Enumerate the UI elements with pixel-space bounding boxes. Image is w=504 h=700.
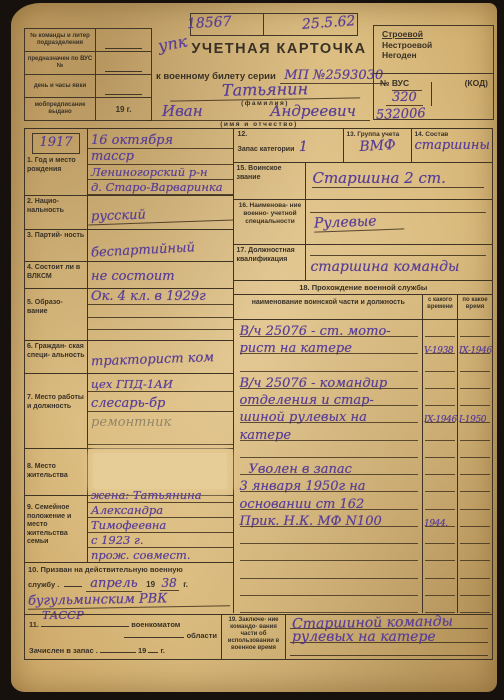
registry-stamp-box: 18567 25.5.62 bbox=[190, 13, 358, 36]
birth-year-value: 1917 bbox=[32, 133, 80, 154]
service-col-unit: наименование воинской части и должность bbox=[234, 295, 423, 319]
mob-row-time-blank bbox=[96, 75, 151, 97]
civil-specialty-label: 6. Граждан- ская специ- альность bbox=[25, 341, 88, 373]
birth-label: 1. Год и место рождения bbox=[27, 157, 85, 174]
oblast-label: области bbox=[187, 631, 217, 640]
composition-value: старшины bbox=[414, 138, 490, 153]
kod-label: (КОД) bbox=[465, 78, 488, 88]
rank-value-cell: Старшина 2 ст. bbox=[306, 163, 492, 199]
row-workplace: 7. Место работы и должность цех ГПД-1АИ … bbox=[25, 374, 233, 449]
row-qualification: 17. Должностная квалификация старшина ко… bbox=[234, 245, 492, 281]
enlisted-line2: области bbox=[29, 629, 217, 640]
row-party: 3. Партий- ность беспартийный bbox=[25, 230, 233, 262]
service-col-to: по какое время bbox=[458, 295, 492, 319]
enlisted-year-prefix: 19 bbox=[138, 646, 146, 655]
main-form-table: 1917 1. Год и место рождения 16 октября … bbox=[24, 128, 493, 660]
row-rank: 15. Воинское звание Старшина 2 ст. bbox=[234, 163, 492, 200]
row-education: 5. Образо- вание Ок. 4 кл. в 1929г bbox=[25, 289, 233, 341]
fitness-cell: Строевой Нестроевой Негоден bbox=[374, 26, 493, 74]
education-label: 5. Образо- вание bbox=[25, 289, 88, 340]
family-line-5: прож. совмест. bbox=[88, 548, 233, 562]
group-cell: 13. Группа учета ВМФ bbox=[344, 129, 412, 162]
surname-value: Татьянин bbox=[170, 78, 360, 101]
drafted-year-suffix: г. bbox=[183, 580, 188, 589]
enlisted-reserve-cell: 11. военкоматом области Зачислен в запас… bbox=[25, 615, 222, 659]
birth-line-2: тасср bbox=[88, 149, 233, 165]
family-line-1: жена: Татьянина bbox=[88, 488, 233, 503]
party-value-cell: беспартийный bbox=[88, 230, 233, 261]
service-col-from: с какого времени bbox=[423, 295, 458, 319]
censored-region bbox=[93, 453, 227, 489]
mob-row-vus-label: предназначен по ВУС № bbox=[25, 52, 96, 74]
vus-code-value: 532006 bbox=[376, 106, 426, 123]
service-to-column: IX-1946 I-1950 bbox=[458, 320, 492, 613]
mob-row-unit-blank bbox=[96, 29, 151, 51]
mobilization-box: № команды и литер подразделения предназн… bbox=[24, 28, 152, 121]
party-label: 3. Партий- ность bbox=[25, 230, 88, 261]
enlisted-year-suffix: г. bbox=[161, 646, 165, 655]
voenkomat-label: военкоматом bbox=[131, 620, 180, 629]
stamp-date-cell: 25.5.62 bbox=[264, 14, 357, 35]
reserve-category-num: 12. bbox=[237, 131, 340, 138]
name-line: Иван Андреевич bbox=[148, 102, 370, 121]
vlksm-label: 4. Состоит ли в ВЛКСМ bbox=[25, 262, 88, 288]
civil-specialty-value: тракторист ком bbox=[88, 350, 234, 370]
fitness-vus-box: Строевой Нестроевой Негоден № ВУС (КОД) … bbox=[373, 25, 494, 120]
row-nationality: 2. Нацио- нальность русский bbox=[25, 196, 233, 230]
right-column: 12. Запас категории 1 13. Группа учета В… bbox=[234, 129, 492, 613]
composition-cell: 14. Состав старшины bbox=[412, 129, 492, 162]
vus-cell: № ВУС (КОД) 320 532006 bbox=[374, 74, 493, 119]
name-block: Иван Андреевич (имя и отчество) bbox=[148, 102, 370, 128]
workplace-value-cell: цех ГПД-1АИ слесарь-бр ремонтник bbox=[88, 374, 233, 448]
row-specialty: 16. Наименова- ние военно- учетной специ… bbox=[234, 200, 492, 245]
left-column: 1917 1. Год и место рождения 16 октября … bbox=[25, 129, 234, 613]
birth-line-3: Лениногорский р-н bbox=[88, 165, 233, 180]
fitness-nestroevoy: Нестроевой bbox=[382, 40, 493, 51]
name-caption: (имя и отчество) bbox=[148, 121, 370, 128]
mob-row-issued: мобпредписание выдано 19 г. bbox=[25, 98, 151, 120]
drafted-line2: службу . апрель 19 38 г. bbox=[28, 574, 230, 592]
mob-row-issued-label: мобпредписание выдано bbox=[25, 98, 96, 120]
mob-row-vus: предназначен по ВУС № bbox=[25, 52, 151, 75]
birth-label-cell: 1917 1. Год и место рождения bbox=[25, 129, 88, 195]
workplace-label: 7. Место работы и должность bbox=[25, 374, 88, 448]
workplace-line-3: ремонтник bbox=[88, 412, 233, 430]
family-value-cell: жена: Татьянина Александра Тимофеевна с … bbox=[88, 496, 233, 562]
vus-value: 320 bbox=[386, 90, 423, 106]
qualification-value: старшина команды bbox=[310, 259, 459, 275]
mob-row-vus-blank bbox=[96, 52, 151, 74]
wartime-use-label: 19. Заключе- ние командо- вания части об… bbox=[222, 615, 286, 659]
service-subheader: наименование воинской части и должность … bbox=[234, 295, 492, 320]
nationality-value: русский bbox=[88, 205, 234, 226]
enlisted-num: 11. bbox=[29, 620, 39, 629]
qualification-label: 17. Должностная квалификация bbox=[234, 245, 306, 280]
scanned-military-card: № команды и литер подразделения предназн… bbox=[0, 0, 504, 700]
card-title: УЧЕТНАЯ КАРТОЧКА bbox=[188, 41, 370, 57]
birth-value-cell: 16 октября тасср Лениногорский р-н д. Ст… bbox=[88, 129, 233, 195]
row-civil-specialty: 6. Граждан- ская специ- альность трактор… bbox=[25, 341, 233, 374]
reserve-category-label: Запас категории bbox=[237, 146, 294, 153]
party-value: беспартийный bbox=[88, 238, 234, 261]
service-entries-column: В/ч 25076 - ст. мото- рист на катере В/ч… bbox=[234, 320, 423, 613]
nationality-label: 2. Нацио- нальность bbox=[25, 196, 88, 229]
mob-row-issued-year: 19 г. bbox=[96, 98, 151, 120]
specialty-value: Рулевые bbox=[314, 212, 405, 232]
drafted-rvk-value: бугульминским РВК bbox=[28, 590, 231, 610]
civil-specialty-value-cell: тракторист ком bbox=[88, 341, 233, 373]
enlisted-reserve-label: Зачислен в запас . bbox=[29, 646, 98, 655]
group-value: ВМФ bbox=[346, 136, 410, 155]
enlisted-line3: Зачислен в запас . 19 г. bbox=[29, 644, 217, 655]
family-line-4: с 1923 г. bbox=[88, 533, 233, 548]
reserve-category-cell: 12. Запас категории 1 bbox=[234, 129, 344, 162]
education-value-cell: Ок. 4 кл. в 1929г bbox=[88, 289, 233, 340]
fitness-stroevoy: Строевой bbox=[382, 29, 493, 40]
drafted-month-value: апрель bbox=[86, 576, 142, 592]
nationality-value-cell: русский bbox=[88, 196, 233, 229]
education-value: Ок. 4 кл. в 1929г bbox=[88, 289, 233, 305]
qualification-value-cell: старшина команды bbox=[306, 245, 492, 280]
reserve-category-value: 1 bbox=[299, 139, 308, 155]
family-label: 9. Семейное положение и место жительства… bbox=[25, 496, 88, 562]
drafted-year-value: 38 bbox=[160, 576, 179, 591]
first-name-value: Иван bbox=[162, 102, 203, 120]
wartime-use-line2: рулевых на катере bbox=[292, 629, 436, 645]
stamp-number: 18567 bbox=[187, 14, 232, 32]
drafted-print-line1: 10. Призван на действительную военную bbox=[28, 565, 230, 574]
mob-row-time-label: день и часы явки bbox=[25, 75, 96, 97]
row-birth: 1917 1. Год и место рождения 16 октября … bbox=[25, 129, 233, 196]
vus-label: № ВУС bbox=[380, 78, 409, 88]
service-section-title: 18. Прохождение военной службы bbox=[234, 281, 492, 295]
drafted-print-line2: службу . bbox=[28, 580, 59, 589]
vlksm-value-cell: не состоит bbox=[88, 262, 233, 288]
birth-line-1: 16 октября bbox=[88, 133, 233, 149]
rank-value: Старшина 2 ст. bbox=[312, 169, 484, 188]
vlksm-value: не состоит bbox=[88, 269, 233, 284]
service-from-column: V-1938 IX-1946 1944. bbox=[423, 320, 458, 613]
workplace-line-1: цех ГПД-1АИ bbox=[88, 374, 233, 392]
stamp-number-cell: 18567 bbox=[191, 14, 264, 35]
row-vlksm: 4. Состоит ли в ВЛКСМ не состоит bbox=[25, 262, 233, 289]
table-top: 1917 1. Год и место рождения 16 октября … bbox=[25, 129, 492, 613]
row-drafted: 10. Призван на действительную военную сл… bbox=[25, 563, 233, 613]
family-line-2: Александра bbox=[88, 503, 233, 518]
mob-row-unit-label: № команды и литер подразделения bbox=[25, 29, 96, 51]
row-12-13-14: 12. Запас категории 1 13. Группа учета В… bbox=[234, 129, 492, 163]
mob-row-unit: № команды и литер подразделения bbox=[25, 29, 151, 52]
composition-label: 14. Состав bbox=[414, 131, 490, 138]
family-line-3: Тимофеевна bbox=[88, 518, 233, 533]
rank-label: 15. Воинское звание bbox=[234, 163, 306, 199]
enlisted-line1: 11. военкоматом bbox=[29, 618, 217, 629]
residence-label: 8. Место жительства bbox=[25, 449, 88, 495]
bottom-band: 11. военкоматом области Зачислен в запас… bbox=[25, 614, 492, 659]
row-family: 9. Семейное положение и место жительства… bbox=[25, 496, 233, 563]
service-body: В/ч 25076 - ст. мото- рист на катере В/ч… bbox=[234, 320, 492, 613]
drafted-year-prefix: 19 bbox=[146, 580, 155, 589]
fitness-negoden: Негоден bbox=[382, 50, 493, 61]
specialty-label: 16. Наименова- ние военно- учетной специ… bbox=[234, 200, 306, 244]
workplace-line-2: слесарь-бр bbox=[88, 392, 233, 412]
stamp-date: 25.5.62 bbox=[301, 13, 355, 33]
specialty-value-cell: Рулевые bbox=[306, 200, 492, 244]
mob-row-time: день и часы явки bbox=[25, 75, 151, 98]
wartime-use-value-cell: Старшиной команды рулевых на катере bbox=[286, 615, 492, 659]
patronymic-value: Андреевич bbox=[270, 102, 356, 120]
birth-line-4: д. Старо-Варваринка bbox=[88, 180, 233, 195]
